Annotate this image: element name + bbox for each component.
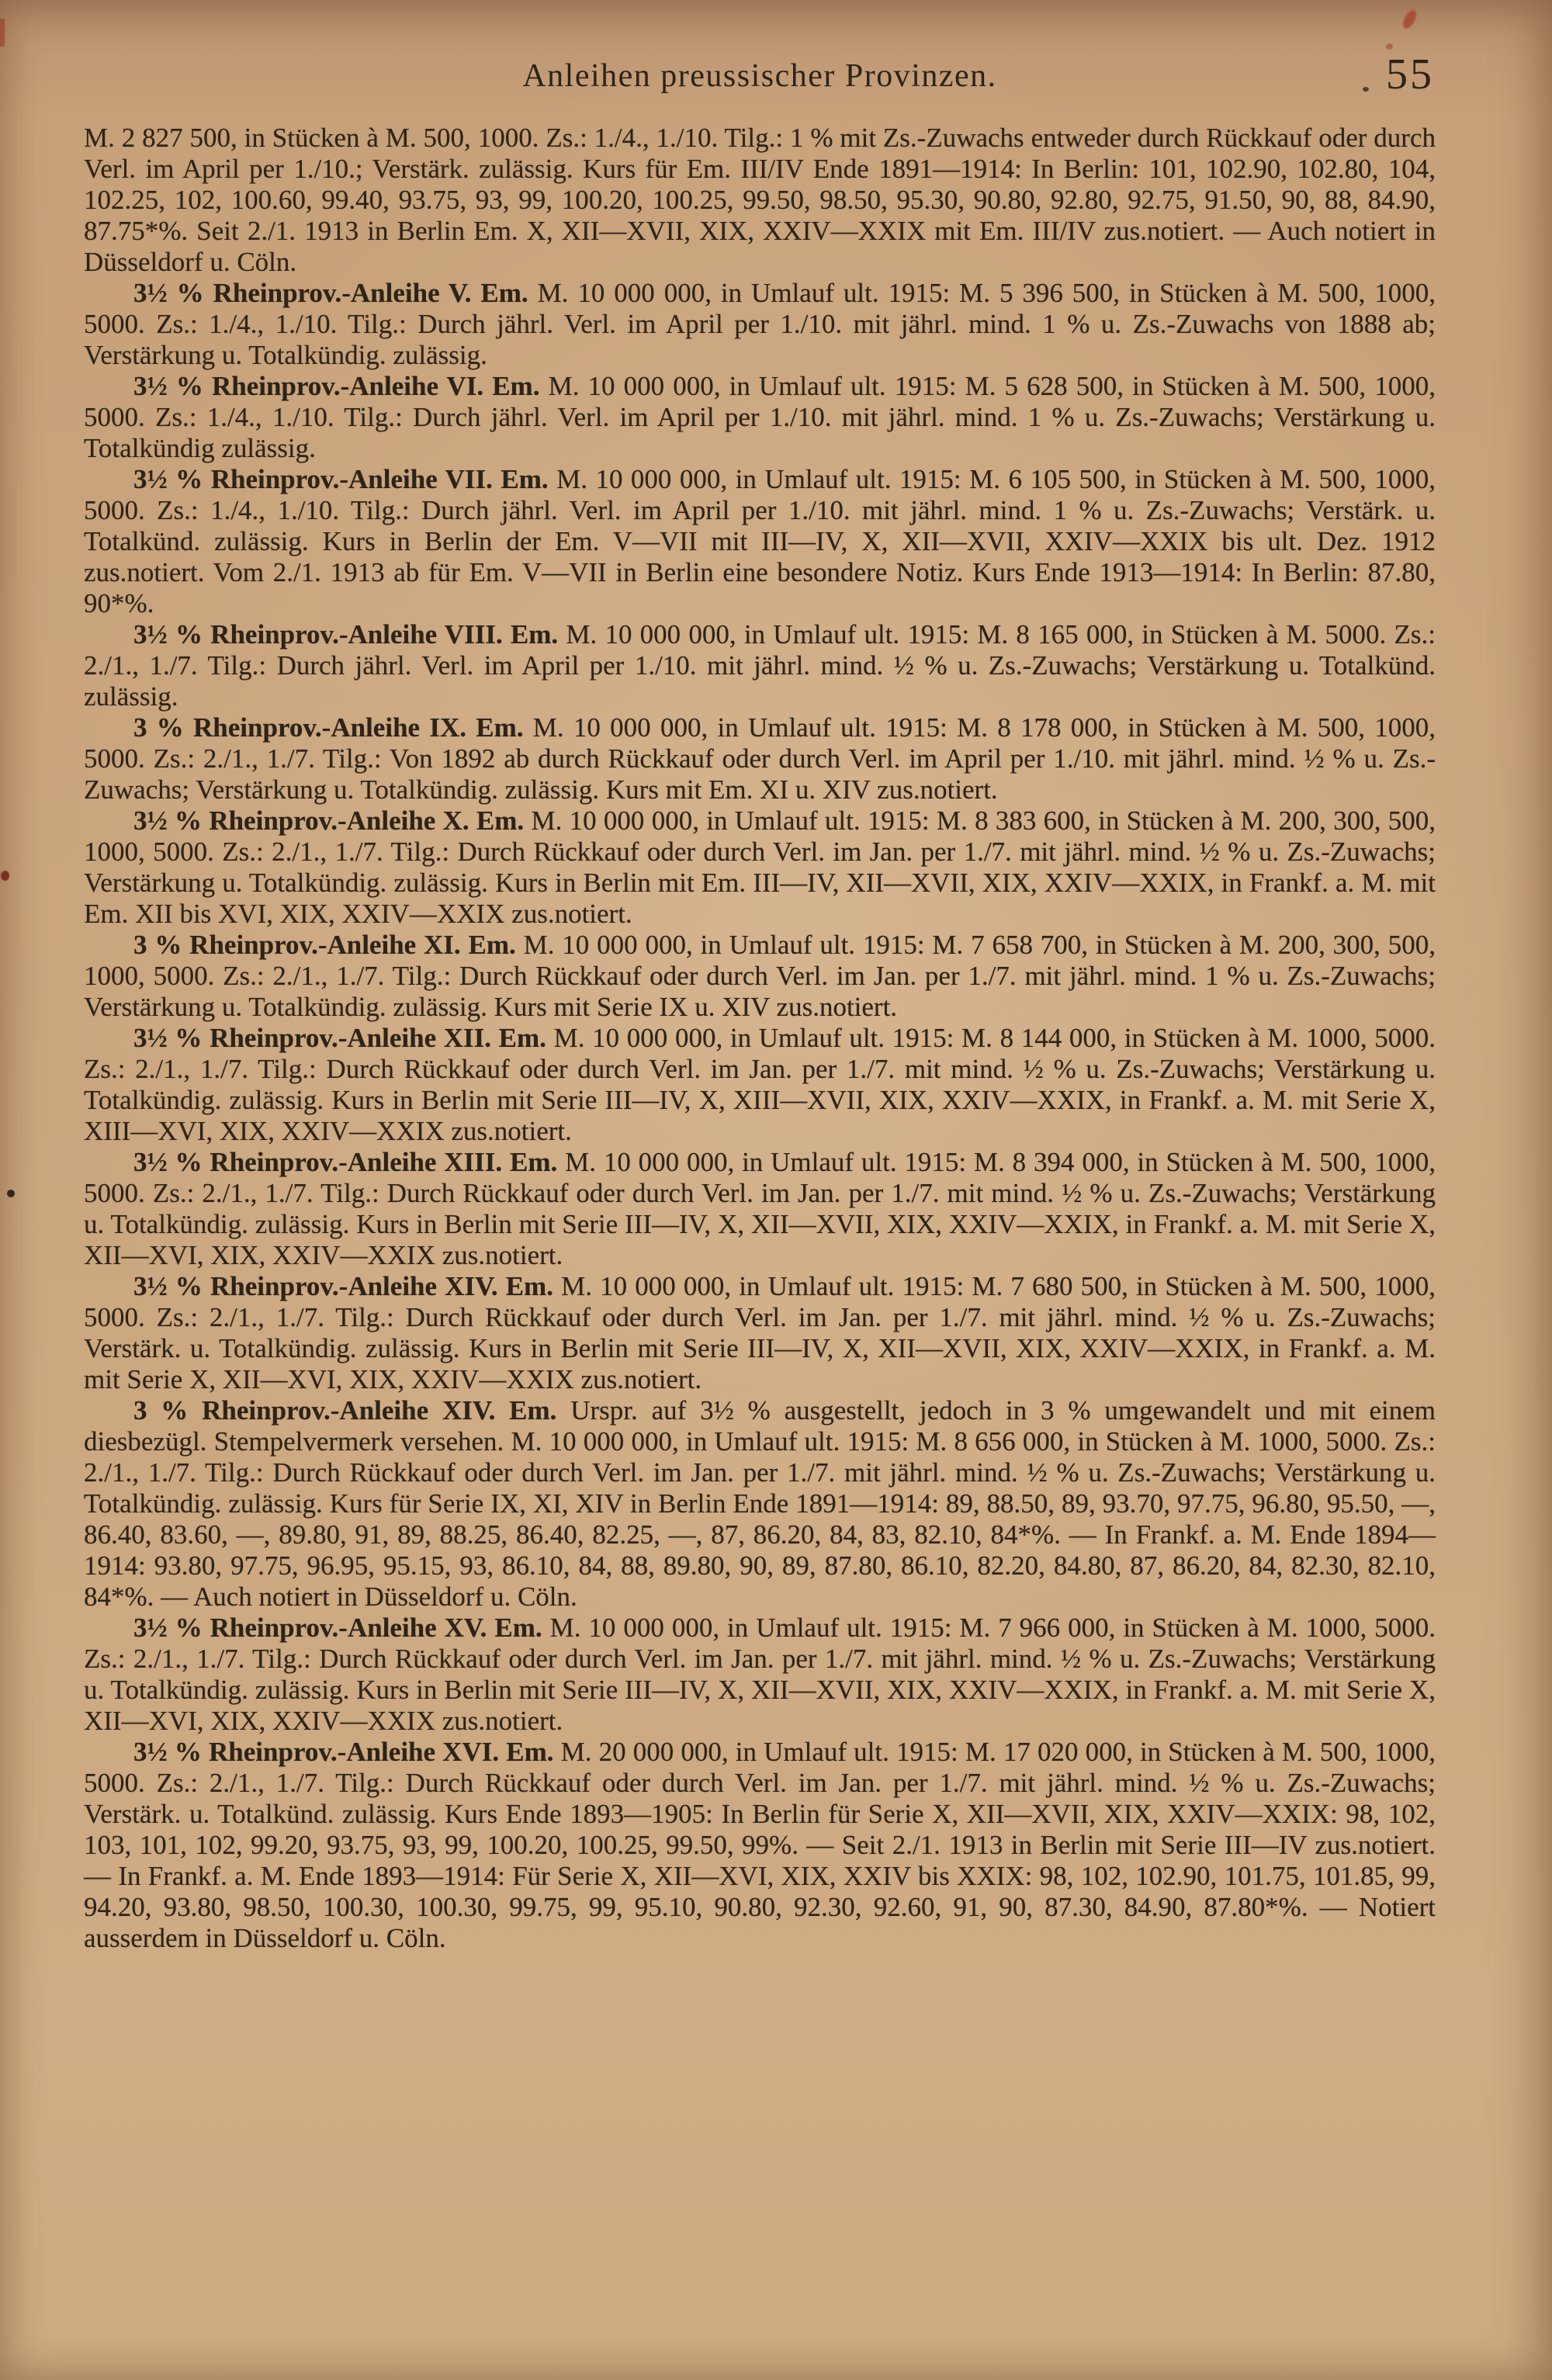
bond-heading: 3 % Rheinprov.-Anleihe IX. Em. [133,712,533,743]
bond-heading: 3 % Rheinprov.-Anleihe XIV. Em. [133,1395,570,1426]
paragraph-anleihe-ix: 3 % Rheinprov.-Anleihe IX. Em.M. 10 000 … [84,712,1436,805]
paragraph-anleihe-vi: 3½ % Rheinprov.-Anleihe VI. Em.M. 10 000… [84,371,1436,464]
paragraph-anleihe-x: 3½ % Rheinprov.-Anleihe X. Em.M. 10 000 … [84,805,1436,930]
page-number: 55 [1386,50,1434,99]
bond-details: M. 2 827 500, in Stücken à M. 500, 1000.… [84,123,1436,277]
paragraph-anleihe-xiv: 3½ % Rheinprov.-Anleihe XIV. Em.M. 10 00… [84,1271,1436,1395]
running-title: Anleihen preussischer Provinzen. [84,57,1436,95]
paragraph-anleihe-viii: 3½ % Rheinprov.-Anleihe VIII. Em.M. 10 0… [84,619,1436,712]
paragraph-anleihe-xv: 3½ % Rheinprov.-Anleihe XV. Em.M. 10 000… [84,1613,1436,1737]
paragraph-anleihe-xiv-3pct: 3 % Rheinprov.-Anleihe XIV. Em.Urspr. au… [84,1395,1436,1613]
bond-heading: 3½ % Rheinprov.-Anleihe XVI. Em. [133,1737,561,1767]
paragraph-anleihe-xii: 3½ % Rheinprov.-Anleihe XII. Em.M. 10 00… [84,1023,1436,1147]
red-ink-speck [1401,8,1419,30]
paragraph-anleihe-xiii: 3½ % Rheinprov.-Anleihe XIII. Em.M. 10 0… [84,1147,1436,1271]
bond-heading: 3½ % Rheinprov.-Anleihe XIII. Em. [133,1147,565,1177]
red-ink-dot [1,871,9,881]
bond-details: M. 20 000 000, in Umlauf ult. 1915: M. 1… [84,1737,1436,1953]
ink-dot [7,1190,15,1197]
paragraph-anleihe-xvi: 3½ % Rheinprov.-Anleihe XVI. Em.M. 20 00… [84,1737,1436,1954]
bond-heading: 3 % Rheinprov.-Anleihe XI. Em. [133,930,524,960]
paragraph-anleihe-xi: 3 % Rheinprov.-Anleihe XI. Em.M. 10 000 … [84,930,1436,1023]
bond-heading: 3½ % Rheinprov.-Anleihe XIV. Em. [133,1271,561,1301]
paragraph-anleihe-vii: 3½ % Rheinprov.-Anleihe VII. Em.M. 10 00… [84,464,1436,619]
bond-details: Urspr. auf 3½ % ausgestellt, jedoch in 3… [84,1395,1436,1612]
bond-heading: 3½ % Rheinprov.-Anleihe XII. Em. [133,1023,554,1053]
page-header: Anleihen preussischer Provinzen. 55 [84,57,1436,112]
bond-heading: 3½ % Rheinprov.-Anleihe VIII. Em. [133,619,566,650]
bond-heading: 3½ % Rheinprov.-Anleihe X. Em. [133,805,531,836]
bond-heading: 3½ % Rheinprov.-Anleihe V. Em. [133,278,538,308]
red-ink-tick [0,19,5,47]
body-text: M. 2 827 500, in Stücken à M. 500, 1000.… [84,123,1436,1954]
paragraph-continuation: M. 2 827 500, in Stücken à M. 500, 1000.… [84,123,1436,278]
bond-heading: 3½ % Rheinprov.-Anleihe XV. Em. [133,1613,550,1643]
bond-heading: 3½ % Rheinprov.-Anleihe VII. Em. [133,464,556,494]
paragraph-anleihe-v: 3½ % Rheinprov.-Anleihe V. Em.M. 10 000 … [84,278,1436,371]
book-page: Anleihen preussischer Provinzen. 55 M. 2… [0,0,1552,2380]
red-ink-speck [1386,43,1393,50]
bond-heading: 3½ % Rheinprov.-Anleihe VI. Em. [133,371,549,401]
